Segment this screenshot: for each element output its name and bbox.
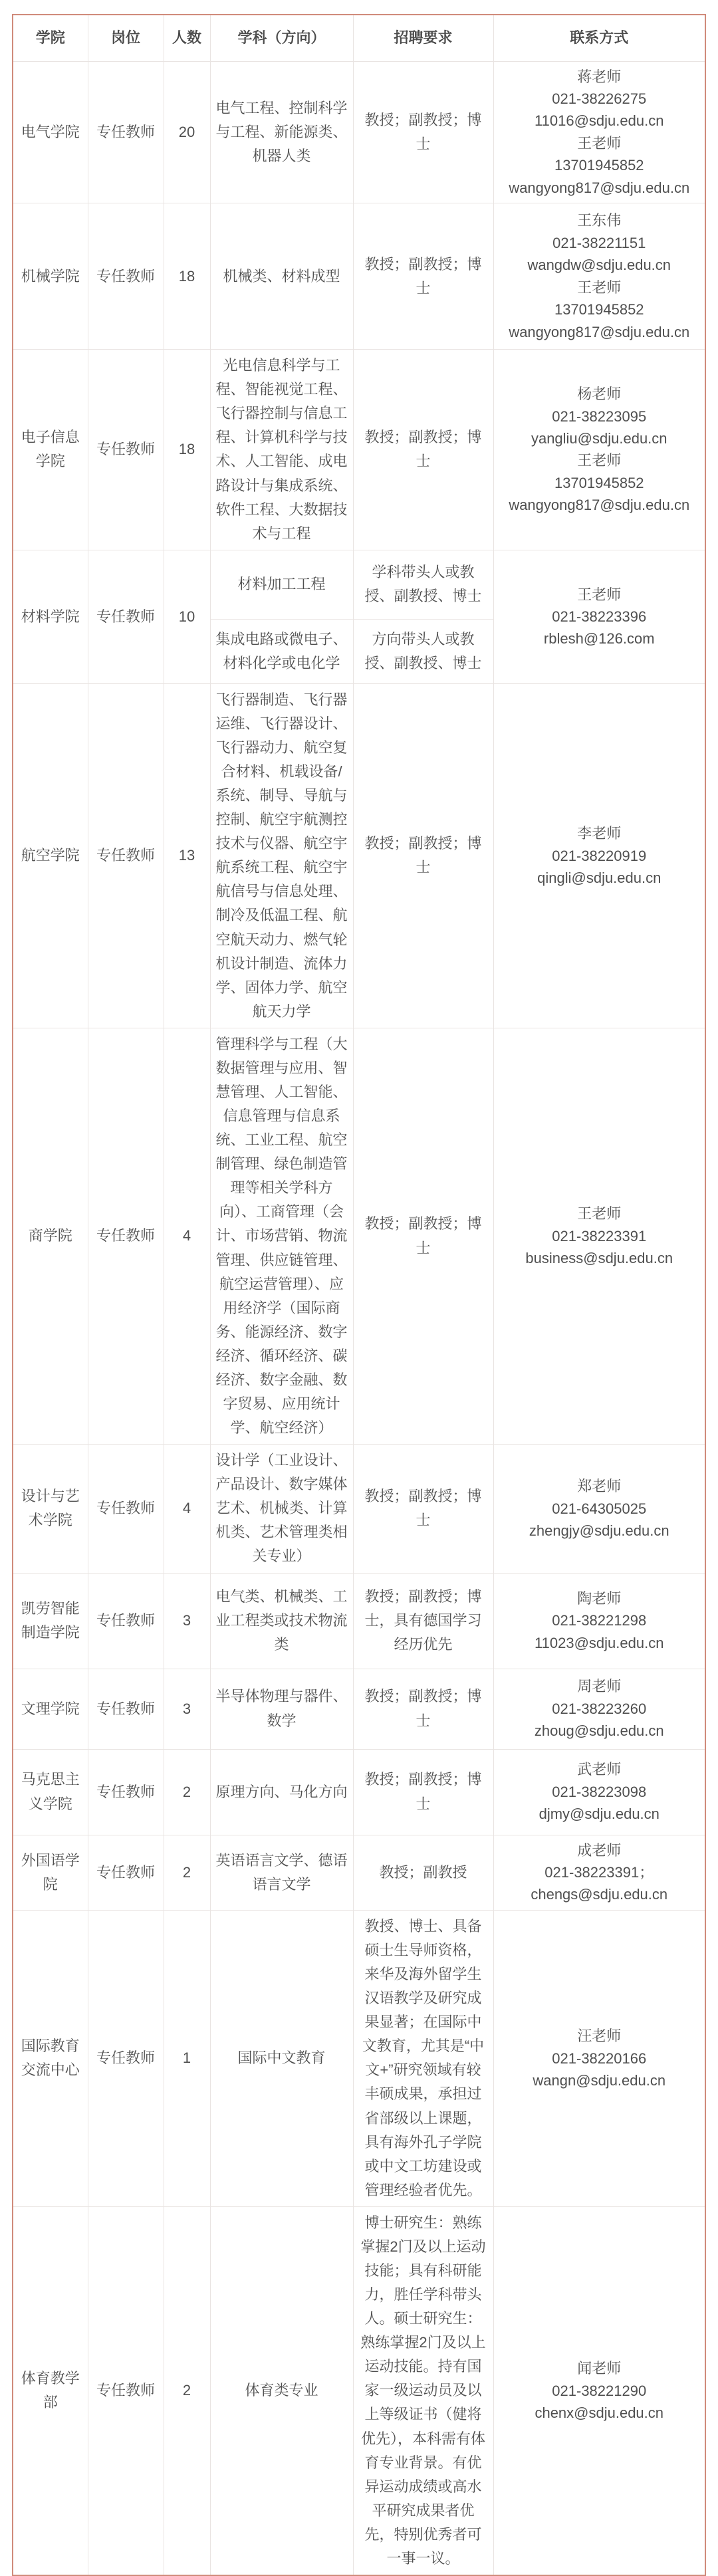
contact-cell: 杨老师 021-38223095 yangliu@sdju.edu.cn 王老师…	[493, 350, 705, 550]
table-row: 文理学院 专任教师 3 半导体物理与器件、数学 教授；副教授；博士 周老师 02…	[13, 1669, 705, 1749]
contact-cell: 王老师 021-38223396 rblesh@126.com	[493, 550, 705, 683]
contact-name: 王东伟	[499, 209, 700, 231]
position-cell: 专任教师	[88, 1669, 164, 1749]
contact-name: 陶老师	[499, 1587, 700, 1609]
contact-name: 成老师	[499, 1839, 700, 1861]
header-college: 学院	[13, 15, 88, 61]
discipline-cell: 材料加工工程	[210, 550, 353, 619]
contact-phone: 021-38221298	[499, 1609, 700, 1631]
contact-cell: 成老师 021-38223391； chengs@sdju.edu.cn	[493, 1835, 705, 1910]
requirement-cell: 教授；副教授；博士	[353, 1749, 493, 1835]
requirement-cell: 教授；副教授；博士	[353, 61, 493, 203]
contact-email: yangliu@sdju.edu.cn	[499, 427, 700, 449]
contact-name: 周老师	[499, 1675, 700, 1697]
contact-cell: 王老师 021-38223391 business@sdju.edu.cn	[493, 1028, 705, 1444]
position-cell: 专任教师	[88, 61, 164, 203]
header-discipline: 学科（方向）	[210, 15, 353, 61]
contact-phone: 13701945852	[499, 298, 700, 320]
requirement-cell: 教授；副教授；博士	[353, 1028, 493, 1444]
contact-email: wangyong817@sdju.edu.cn	[499, 177, 700, 199]
header-count: 人数	[164, 15, 210, 61]
contact-phone: 021-38223095	[499, 406, 700, 427]
header-requirement: 招聘要求	[353, 15, 493, 61]
requirement-cell: 教授；副教授；博士	[353, 1669, 493, 1749]
count-cell: 18	[164, 350, 210, 550]
contact-phone: 021-38223260	[499, 1698, 700, 1720]
position-cell: 专任教师	[88, 203, 164, 350]
college-cell: 马克思主义学院	[13, 1749, 88, 1835]
college-cell: 凯劳智能制造学院	[13, 1573, 88, 1669]
contact-name: 闻老师	[499, 2357, 700, 2379]
contact-phone: 021-38223396	[499, 606, 700, 628]
count-cell: 3	[164, 1669, 210, 1749]
position-cell: 专任教师	[88, 1910, 164, 2206]
contact-cell: 周老师 021-38223260 zhoug@sdju.edu.cn	[493, 1669, 705, 1749]
contact-name: 武老师	[499, 1758, 700, 1780]
contact-cell: 闻老师 021-38221290 chenx@sdju.edu.cn	[493, 2206, 705, 2575]
position-cell: 专任教师	[88, 1749, 164, 1835]
contact-name: 郑老师	[499, 1475, 700, 1497]
contact-name: 王老师	[499, 132, 700, 154]
count-cell: 20	[164, 61, 210, 203]
contact-email: zhengjy@sdju.edu.cn	[499, 1520, 700, 1542]
position-cell: 专任教师	[88, 2206, 164, 2575]
contact-email: wangyong817@sdju.edu.cn	[499, 494, 700, 516]
contact-name: 王老师	[499, 449, 700, 471]
college-cell: 设计与艺术学院	[13, 1445, 88, 1573]
requirement-cell: 教授；副教授；博士	[353, 203, 493, 350]
contact-email: chenx@sdju.edu.cn	[499, 2402, 700, 2424]
header-contact: 联系方式	[493, 15, 705, 61]
contact-email: business@sdju.edu.cn	[499, 1247, 700, 1269]
contact-email: qingli@sdju.edu.cn	[499, 867, 700, 889]
contact-email: chengs@sdju.edu.cn	[499, 1883, 700, 1905]
discipline-cell: 国际中文教育	[210, 1910, 353, 2206]
requirement-cell: 教授；副教授；博士，具有德国学习经历优先	[353, 1573, 493, 1669]
requirement-cell: 教授；副教授；博士	[353, 683, 493, 1028]
count-cell: 2	[164, 1749, 210, 1835]
count-cell: 3	[164, 1573, 210, 1669]
requirement-cell: 教授；副教授；博士	[353, 350, 493, 550]
position-cell: 专任教师	[88, 683, 164, 1028]
count-cell: 18	[164, 203, 210, 350]
table-row: 材料学院 专任教师 10 材料加工工程 学科带头人或教授、副教授、博士 王老师 …	[13, 550, 705, 619]
discipline-cell: 电气类、机械类、工业工程类或技术物流类	[210, 1573, 353, 1669]
college-cell: 电子信息学院	[13, 350, 88, 550]
contact-phone: 021-38221290	[499, 2380, 700, 2402]
contact-name: 王老师	[499, 277, 700, 298]
requirement-cell: 教授、博士、具备硕士生导师资格，来华及海外留学生汉语教学及研究成果显著；在国际中…	[353, 1910, 493, 2206]
contact-cell: 汪老师 021-38220166 wangn@sdju.edu.cn	[493, 1910, 705, 2206]
contact-cell: 李老师 021-38220919 qingli@sdju.edu.cn	[493, 683, 705, 1028]
contact-email: 11016@sdju.edu.cn	[499, 110, 700, 132]
table-row: 机械学院 专任教师 18 机械类、材料成型 教授；副教授；博士 王东伟 021-…	[13, 203, 705, 350]
contact-phone: 021-64305025	[499, 1498, 700, 1520]
discipline-cell: 原理方向、马化方向	[210, 1749, 353, 1835]
contact-email: wangyong817@sdju.edu.cn	[499, 321, 700, 343]
table-row: 体育教学部 专任教师 2 体育类专业 博士研究生：熟练掌握2门及以上运动技能；具…	[13, 2206, 705, 2575]
table-row: 国际教育交流中心 专任教师 1 国际中文教育 教授、博士、具备硕士生导师资格，来…	[13, 1910, 705, 2206]
recruitment-table: 学院 岗位 人数 学科（方向） 招聘要求 联系方式 电气学院 专任教师 20 电…	[12, 14, 706, 2576]
discipline-cell: 集成电路或微电子、材料化学或电化学	[210, 619, 353, 683]
college-cell: 文理学院	[13, 1669, 88, 1749]
contact-name: 汪老师	[499, 2025, 700, 2047]
contact-cell: 蒋老师 021-38226275 11016@sdju.edu.cn 王老师 1…	[493, 61, 705, 203]
discipline-cell: 管理科学与工程（大数据管理与应用、智慧管理、人工智能、信息管理与信息系统、工业工…	[210, 1028, 353, 1444]
discipline-cell: 体育类专业	[210, 2206, 353, 2575]
contact-name: 蒋老师	[499, 66, 700, 88]
count-cell: 2	[164, 2206, 210, 2575]
contact-name: 王老师	[499, 584, 700, 606]
position-cell: 专任教师	[88, 350, 164, 550]
table-row: 商学院 专任教师 4 管理科学与工程（大数据管理与应用、智慧管理、人工智能、信息…	[13, 1028, 705, 1444]
requirement-cell: 教授；副教授	[353, 1835, 493, 1910]
table-row: 电子信息学院 专任教师 18 光电信息科学与工程、智能视觉工程、飞行器控制与信息…	[13, 350, 705, 550]
discipline-cell: 设计学（工业设计、产品设计、数字媒体艺术、机械类、计算机类、艺术管理类相关专业）	[210, 1445, 353, 1573]
count-cell: 1	[164, 1910, 210, 2206]
count-cell: 13	[164, 683, 210, 1028]
college-cell: 材料学院	[13, 550, 88, 683]
contact-email: wangn@sdju.edu.cn	[499, 2069, 700, 2091]
contact-cell: 郑老师 021-64305025 zhengjy@sdju.edu.cn	[493, 1445, 705, 1573]
requirement-cell: 教授；副教授；博士	[353, 1445, 493, 1573]
position-cell: 专任教师	[88, 1835, 164, 1910]
count-cell: 4	[164, 1445, 210, 1573]
position-cell: 专任教师	[88, 1028, 164, 1444]
recruitment-page: 学院 岗位 人数 学科（方向） 招聘要求 联系方式 电气学院 专任教师 20 电…	[0, 14, 718, 2576]
contact-phone: 021-38226275	[499, 88, 700, 110]
contact-email: zhoug@sdju.edu.cn	[499, 1720, 700, 1742]
count-cell: 10	[164, 550, 210, 683]
contact-phone: 021-38223391	[499, 1225, 700, 1247]
contact-phone: 13701945852	[499, 472, 700, 494]
college-cell: 体育教学部	[13, 2206, 88, 2575]
discipline-cell: 机械类、材料成型	[210, 203, 353, 350]
count-cell: 2	[164, 1835, 210, 1910]
college-cell: 航空学院	[13, 683, 88, 1028]
table-row: 凯劳智能制造学院 专任教师 3 电气类、机械类、工业工程类或技术物流类 教授；副…	[13, 1573, 705, 1669]
discipline-cell: 英语语言文学、德语语言文学	[210, 1835, 353, 1910]
contact-phone: 021-38221151	[499, 232, 700, 254]
table-row: 外国语学院 专任教师 2 英语语言文学、德语语言文学 教授；副教授 成老师 02…	[13, 1835, 705, 1910]
contact-name: 李老师	[499, 822, 700, 844]
college-cell: 商学院	[13, 1028, 88, 1444]
discipline-cell: 电气工程、控制科学与工程、新能源类、机器人类	[210, 61, 353, 203]
discipline-cell: 光电信息科学与工程、智能视觉工程、飞行器控制与信息工程、计算机科学与技术、人工智…	[210, 350, 353, 550]
contact-cell: 陶老师 021-38221298 11023@sdju.edu.cn	[493, 1573, 705, 1669]
contact-phone: 021-38223098	[499, 1781, 700, 1803]
requirement-cell: 博士研究生：熟练掌握2门及以上运动技能；具有科研能力，胜任学科带头人。硕士研究生…	[353, 2206, 493, 2575]
table-row: 马克思主义学院 专任教师 2 原理方向、马化方向 教授；副教授；博士 武老师 0…	[13, 1749, 705, 1835]
contact-email: 11023@sdju.edu.cn	[499, 1632, 700, 1654]
header-row: 学院 岗位 人数 学科（方向） 招聘要求 联系方式	[13, 15, 705, 61]
contact-cell: 武老师 021-38223098 djmy@sdju.edu.cn	[493, 1749, 705, 1835]
contact-name: 王老师	[499, 1203, 700, 1225]
table-row: 航空学院 专任教师 13 飞行器制造、飞行器运维、飞行器设计、飞行器动力、航空复…	[13, 683, 705, 1028]
contact-phone: 021-38223391；	[499, 1861, 700, 1883]
contact-email: rblesh@126.com	[499, 628, 700, 649]
contact-cell: 王东伟 021-38221151 wangdw@sdju.edu.cn 王老师 …	[493, 203, 705, 350]
college-cell: 外国语学院	[13, 1835, 88, 1910]
discipline-cell: 半导体物理与器件、数学	[210, 1669, 353, 1749]
college-cell: 电气学院	[13, 61, 88, 203]
count-cell: 4	[164, 1028, 210, 1444]
contact-email: djmy@sdju.edu.cn	[499, 1803, 700, 1825]
position-cell: 专任教师	[88, 550, 164, 683]
college-cell: 机械学院	[13, 203, 88, 350]
requirement-cell: 学科带头人或教授、副教授、博士	[353, 550, 493, 619]
college-cell: 国际教育交流中心	[13, 1910, 88, 2206]
header-position: 岗位	[88, 15, 164, 61]
contact-phone: 13701945852	[499, 154, 700, 176]
contact-name: 杨老师	[499, 383, 700, 405]
contact-email: wangdw@sdju.edu.cn	[499, 254, 700, 276]
contact-phone: 021-38220166	[499, 2048, 700, 2069]
position-cell: 专任教师	[88, 1445, 164, 1573]
table-row: 设计与艺术学院 专任教师 4 设计学（工业设计、产品设计、数字媒体艺术、机械类、…	[13, 1445, 705, 1573]
discipline-cell: 飞行器制造、飞行器运维、飞行器设计、飞行器动力、航空复合材料、机载设备/系统、制…	[210, 683, 353, 1028]
contact-phone: 021-38220919	[499, 845, 700, 867]
position-cell: 专任教师	[88, 1573, 164, 1669]
table-row: 电气学院 专任教师 20 电气工程、控制科学与工程、新能源类、机器人类 教授；副…	[13, 61, 705, 203]
requirement-cell: 方向带头人或教授、副教授、博士	[353, 619, 493, 683]
